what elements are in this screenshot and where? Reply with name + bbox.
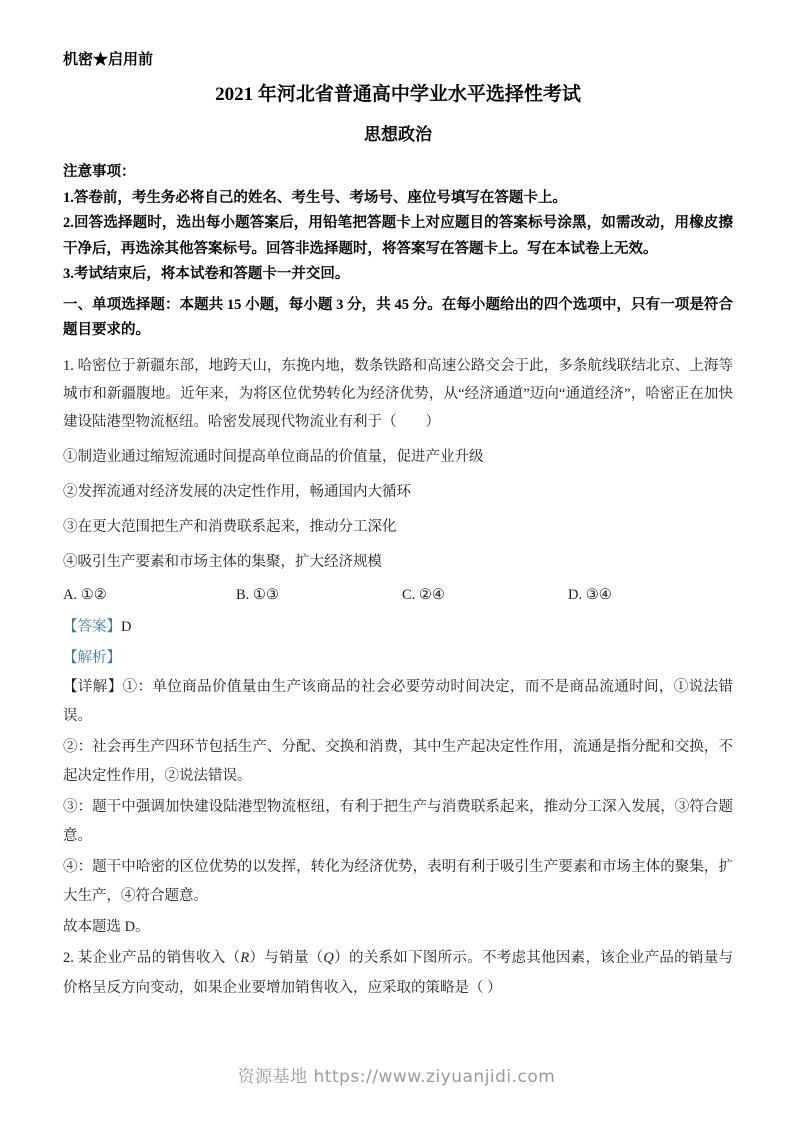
question-1-statement-2: ②发挥流通对经济发展的决定性作用，畅通国内大循环 — [63, 478, 733, 506]
question-1: 1. 哈密位于新疆东部，地跨天山，东挽内地，数条铁路和高速公路交会于此，多条航线… — [63, 352, 733, 943]
variable-r: R — [240, 950, 249, 966]
choice-d: D. ③④ — [568, 581, 733, 609]
question-1-statement-1: ①制造业通过缩短流通时间提高单位商品的价值量，促进产业升级 — [63, 443, 733, 471]
question-2-text-mid: ）与销量（ — [249, 950, 323, 966]
confidential-marking: 机密★启用前 — [63, 50, 733, 70]
answer-label: 【答案】 — [63, 619, 121, 635]
notice-item-1: 1.答卷前，考生务必将自己的姓名、考生号、考场号、座位号填写在答题卡上。 — [63, 186, 733, 212]
answer-line: 【答案】D — [63, 613, 733, 641]
footer-watermark: 资源基地 https://www.ziyuanjidi.com — [0, 1062, 793, 1087]
exam-subject: 思想政治 — [63, 122, 733, 148]
detail-conclusion: 故本题选 D。 — [63, 913, 733, 943]
question-1-stem: 1. 哈密位于新疆东部，地跨天山，东挽内地，数条铁路和高速公路交会于此，多条航线… — [63, 352, 733, 436]
question-1-choices: A. ①② B. ①③ C. ②④ D. ③④ — [63, 581, 733, 609]
question-2-text-pre: 2. 某企业产品的销售收入（ — [63, 950, 240, 966]
analysis-label: 【解析】 — [63, 650, 121, 666]
detail-paragraph-4: ④：题干中哈密的区位优势的以发挥，转化为经济优势，表明有利于吸引生产要素和市场主… — [63, 853, 733, 912]
section-heading: 一、单项选择题：本题共 15 小题，每小题 3 分，共 45 分。在每小题给出的… — [63, 293, 733, 344]
detail-paragraph-3: ③：题干中强调加快建设陆港型物流枢纽，有利于把生产与消费联系起来，推动分工深入发… — [63, 793, 733, 852]
answer-value: D — [121, 619, 131, 635]
question-1-statement-3: ③在更大范围把生产和消费联系起来，推动分工深化 — [63, 513, 733, 541]
detail-paragraph-2: ②：社会再生产四环节包括生产、分配、交换和消费，其中生产起决定性作用，流通是指分… — [63, 733, 733, 792]
choice-c: C. ②④ — [402, 581, 568, 609]
notice-item-2: 2.回答选择题时，选出每小题答案后，用铅笔把答题卡上对应题目的答案标号涂黑，如需… — [63, 211, 733, 262]
analysis-line: 【解析】 — [63, 644, 733, 672]
variable-q: Q — [323, 950, 333, 966]
choice-a: A. ①② — [63, 581, 236, 609]
notices-section: 注意事项： 1.答卷前，考生务必将自己的姓名、考生号、考场号、座位号填写在答题卡… — [63, 160, 733, 288]
question-2-stem: 2. 某企业产品的销售收入（R）与销量（Q）的关系如下图所示。不考虑其他因素，该… — [63, 944, 733, 1003]
choice-b: B. ①③ — [236, 581, 402, 609]
notice-item-3: 3.考试结束后，将本试卷和答题卡一并交回。 — [63, 262, 733, 288]
detail-paragraph-1: 【详解】①：单位商品价值量由生产该商品的社会必要劳动时间决定，而不是商品流通时间… — [63, 673, 733, 732]
exam-title: 2021 年河北省普通高中学业水平选择性考试 — [63, 80, 733, 110]
notices-heading: 注意事项： — [63, 160, 733, 186]
exam-document-page: 机密★启用前 2021 年河北省普通高中学业水平选择性考试 思想政治 注意事项：… — [0, 0, 793, 1122]
question-1-statement-4: ④吸引生产要素和市场主体的集聚，扩大经济规模 — [63, 548, 733, 576]
